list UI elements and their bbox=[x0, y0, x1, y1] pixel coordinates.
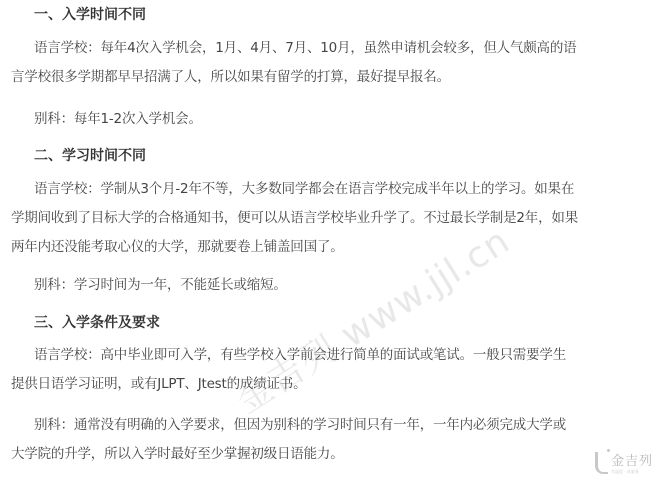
paragraph-language-school-admission: 语言学校：每年4次入学机会，1月、4月、7月、10月，虽然申请机会较多，但人气颇… bbox=[11, 34, 486, 92]
section-title-requirements: 三、入学条件及要求 bbox=[11, 313, 160, 333]
paragraph-language-school-requirements: 语言学校：高中毕业即可入学，有些学校入学前会进行简单的面试或笔试。一般只需要学生… bbox=[11, 341, 486, 399]
paragraph-bekka-duration: 别科：学习时间为一年，不能延长或缩短。 bbox=[11, 271, 486, 300]
paragraph-line: 别科：通常没有明确的入学要求，但因为别科的学习时间只有一年，一年内必须完成大学或 bbox=[11, 411, 486, 440]
paragraph-line: 语言学校：学制从3个月-2年不等，大多数同学都会在语言学校完成半年以上的学习。如… bbox=[11, 175, 486, 204]
paragraph-bekka-requirements: 别科：通常没有明确的入学要求，但因为别科的学习时间只有一年，一年内必须完成大学或… bbox=[11, 411, 486, 469]
paragraph-line: 学期间收到了目标大学的合格通知书，便可以从语言学校毕业升学了。不过最长学制是2年… bbox=[11, 204, 486, 233]
paragraph-line: 言学校很多学期都早早招满了人，所以如果有留学的打算，最好提早报名。 bbox=[11, 63, 486, 92]
paragraph-line: 大学院的升学，所以入学时最好至少掌握初级日语能力。 bbox=[11, 440, 486, 469]
logo-mark-icon bbox=[595, 452, 608, 474]
section-title-admission-time: 一、入学时间不同 bbox=[11, 5, 146, 25]
paragraph-line: 语言学校：高中毕业即可入学，有些学校入学前会进行简单的面试或笔试。一般只需要学生 bbox=[11, 341, 486, 370]
paragraph-line: 两年内还没能考取心仪的大学，那就要卷上铺盖回国了。 bbox=[11, 233, 486, 262]
paragraph-bekka-admission: 别科：每年1-2次入学机会。 bbox=[11, 105, 486, 134]
paragraph-line: 提供日语学习证明，或有JLPT、Jtest的成绩证书。 bbox=[11, 370, 486, 399]
section-title-study-duration: 二、学习时间不同 bbox=[11, 146, 146, 166]
brand-logo: 金吉列 有温度 · 真服务 bbox=[595, 452, 653, 474]
paragraph-language-school-duration: 语言学校：学制从3个月-2年不等，大多数同学都会在语言学校完成半年以上的学习。如… bbox=[11, 175, 486, 262]
logo-text: 金吉列 有温度 · 真服务 bbox=[611, 455, 653, 474]
paragraph-line: 别科：学习时间为一年，不能延长或缩短。 bbox=[11, 271, 486, 300]
paragraph-line: 别科：每年1-2次入学机会。 bbox=[11, 105, 486, 134]
logo-subtitle: 有温度 · 真服务 bbox=[611, 470, 653, 474]
logo-name: 金吉列 bbox=[611, 455, 653, 468]
paragraph-line: 语言学校：每年4次入学机会，1月、4月、7月、10月，虽然申请机会较多，但人气颇… bbox=[11, 34, 486, 63]
